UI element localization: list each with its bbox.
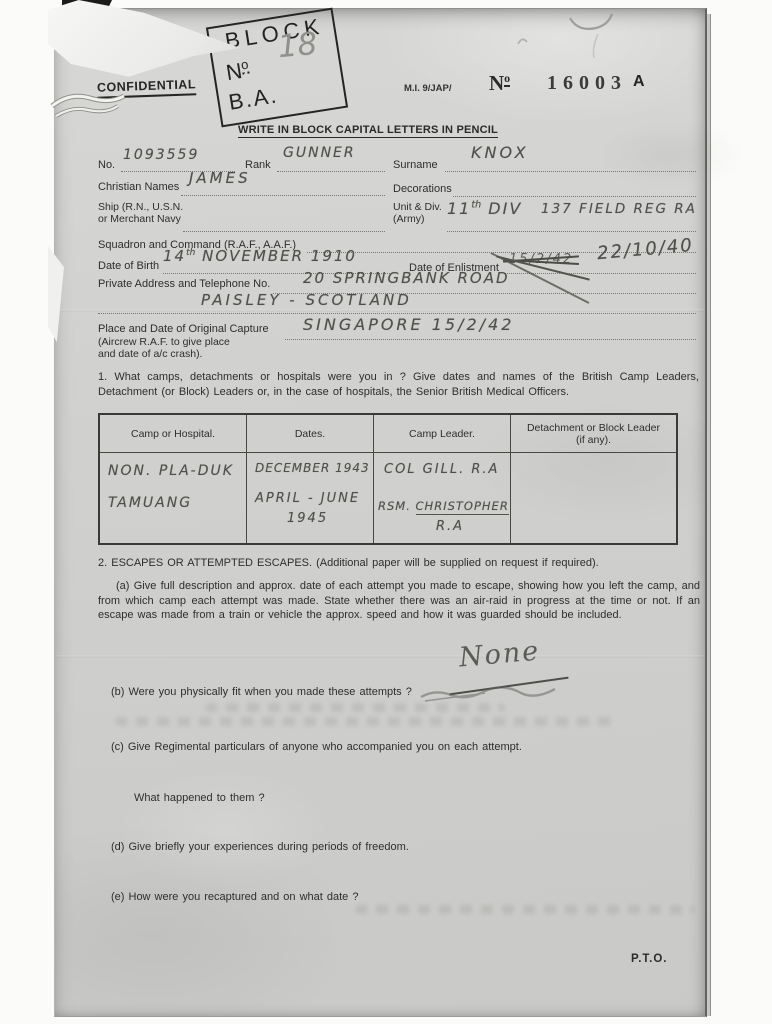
block-capitals-instruction: WRITE IN BLOCK CAPITAL LETTERS IN PENCIL [238,124,498,138]
field-label-christian-names: Christian Names [98,181,179,193]
stamp-line-no: No [224,57,251,87]
camp-table: Camp or Hospital. Dates. Camp Leader. De… [98,413,678,545]
handwritten-dates-2a: APRIL - JUNE [255,491,360,506]
question-2-heading: 2. ESCAPES OR ATTEMPTED ESCAPES. (Additi… [98,556,699,571]
field-label-no: No. [98,159,115,171]
please-turn-over: P.T.O. [631,953,667,965]
handwritten-surname: KNOX [471,143,529,162]
paper-crease [55,309,705,312]
form-number-o: o [504,71,510,87]
stamp-line-ba: B.A. [227,82,280,115]
field-label-unit-div-line1: Unit & Div. [393,201,442,213]
question-2a-text: (a) Give full description and approx. da… [98,579,700,623]
fastener-string [50,76,130,128]
field-label-capture-line2: (Aircrew R.A.F. to give place [98,336,230,348]
write-line [285,339,696,340]
crossed-out-enlistment-date: 15/2/42 [509,252,573,267]
handwritten-leader-1: COL GILL. R.A [384,462,499,477]
table-header-camp: Camp or Hospital. [100,415,247,453]
field-label-ship-line2: or Merchant Navy [98,213,181,225]
question-1-text: 1. What camps, detachments or hospitals … [98,370,699,399]
field-label-decorations: Decorations [393,183,452,195]
handwritten-date-of-enlistment: 22/10/40 [596,235,694,264]
table-cell-detachment [511,453,676,543]
handwritten-christian-names: JAMES [189,169,251,187]
pencil-mark-top [478,0,668,64]
stamp-no-o: o [240,57,250,75]
write-line [277,171,385,172]
form-serial-number: 16003 [547,72,627,95]
dob-day: 14 [163,247,186,265]
handwritten-none-answer: None [458,636,542,674]
handwritten-regiment: 137 FIELD REG RA [541,201,697,217]
question-2c-followup-text: What happened to them ? [134,791,534,806]
question-2d-text: (d) Give briefly your experiences during… [111,840,671,855]
handwritten-date-of-birth: 14th NOVEMBER 1910 [163,247,357,265]
handwritten-leader-2b: R.A [436,519,464,534]
field-label-surname: Surname [393,159,438,171]
bleed-through-text [355,905,695,914]
handwritten-unit-division: 11th DIV [447,199,522,218]
handwritten-address-line2: PAISLEY - SCOTLAND [201,291,412,309]
unit-number: 11 [447,199,471,218]
table-header-dates: Dates. [247,415,374,453]
field-label-capture-line3: and date of a/c crash). [98,348,202,360]
paper-stain [595,119,745,189]
question-2e-text: (e) How were you recaptured and on what … [111,890,671,905]
write-line [98,313,696,314]
question-2b-text: (b) Were you physically fit when you mad… [111,685,671,700]
unit-ordinal: th [471,200,481,211]
field-label-ship-line1: Ship (R.N., U.S.N. [98,201,183,213]
paper-stain [115,769,335,889]
handwritten-camp-2: TAMUANG [108,495,192,511]
form-number-n: N [489,71,504,95]
table-header-leader: Camp Leader. [374,415,511,453]
dob-month-year: NOVEMBER 1910 [202,247,357,265]
dob-ordinal: th [186,248,195,258]
block-number-stamp: BLOCK No B.A. 18 [206,8,348,128]
write-line [183,231,385,232]
handwritten-address-line1: 20 SPRINGBANK ROAD [303,269,510,287]
handwritten-service-number: 1093559 [123,147,199,163]
table-cell-dates: DECEMBER 1943 APRIL - JUNE 1945 [247,453,374,543]
table-header-detachment: Detachment or Block Leader (if any). [511,415,676,453]
handwritten-rank: GUNNER [283,145,356,161]
form-series-letter: A [633,73,645,91]
field-label-private-address: Private Address and Telephone No. [98,278,270,290]
handwritten-leader-2: RSM. CHRISTOPHER [378,499,509,513]
table-cell-camp: NON. PLA-DUK TAMUANG [100,453,247,543]
handwritten-dates-1: DECEMBER 1943 [255,461,370,475]
unit-div-word: DIV [488,199,522,218]
handwritten-camp-1: NON. PLA-DUK [108,463,234,479]
form-page: CONFIDENTIAL M.I. 9/JAP/ No 16003 A WRIT… [54,8,707,1017]
form-reference: M.I. 9/JAP/ [404,83,452,94]
paper-crease [55,655,705,658]
write-line [181,195,385,196]
field-label-capture-line1: Place and Date of Original Capture [98,323,269,335]
handwritten-block-number: 18 [276,26,318,65]
leader-name: CHRISTOPHER [416,499,509,515]
bleed-through-text [115,717,615,726]
handwritten-dates-2b: 1945 [287,511,328,526]
leader-rank: RSM. [378,499,411,513]
write-line [447,231,696,232]
table-cell-leader: COL GILL. R.A RSM. CHRISTOPHER R.A [374,453,511,543]
question-2c-text: (c) Give Regimental particulars of anyon… [111,740,671,755]
field-label-date-of-birth: Date of Birth [98,260,159,272]
write-line [445,171,696,172]
field-label-unit-div-line2: (Army) [393,213,425,225]
handwritten-capture-place-date: SINGAPORE 15/2/42 [303,315,514,334]
form-number-label: No [489,71,510,96]
write-line [453,196,696,197]
